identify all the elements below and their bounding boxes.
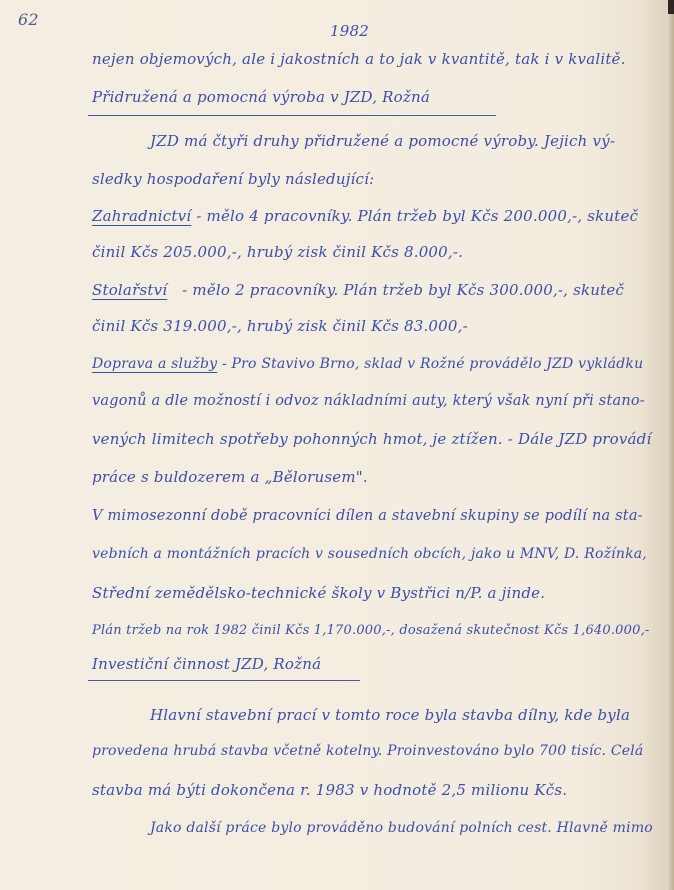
text-line: provedena hrubá stavba včetně kotelny. P…	[92, 743, 643, 759]
text-line: Hlavní stavební prací v tomto roce byla …	[150, 706, 630, 724]
text-line: V mimosezonní době pracovníci dílen a st…	[92, 508, 643, 524]
text-line: Střední zemědělsko-technické školy v Bys…	[92, 584, 545, 602]
text-line: Jako další práce bylo prováděno budování…	[150, 820, 653, 836]
text-line: vagonů a dle možností i odvoz nákladními…	[92, 393, 645, 409]
text-line: Plán tržeb na rok 1982 činil Kčs 1,170.0…	[92, 623, 650, 638]
text-line: stavba má býti dokončena r. 1983 v hodno…	[92, 781, 567, 799]
text-line: vených limitech spotřeby pohonných hmot,…	[92, 430, 651, 448]
text-line-item: Stolařství - mělo 2 pracovníky. Plán trž…	[92, 281, 624, 299]
text-line: práce s buldozerem a „Bělorusem".	[92, 468, 368, 486]
item-label: Stolařství	[92, 281, 167, 299]
page-corner	[668, 0, 674, 14]
section-heading: Přidružená a pomocná výroba v JZD, Rožná	[92, 88, 430, 106]
text-line: JZD má čtyři druhy přidružené a pomocné …	[150, 132, 615, 150]
heading-underline	[88, 680, 360, 681]
page-number: 62	[18, 10, 39, 29]
heading-underline	[88, 115, 496, 116]
text-line: činil Kčs 319.000,-, hrubý zisk činil Kč…	[92, 317, 468, 335]
item-label: Zahradnictví	[92, 207, 191, 225]
text-line: nejen objemových, ale i jakostních a to …	[92, 50, 626, 68]
text-line: činil Kčs 205.000,-, hrubý zisk činil Kč…	[92, 243, 463, 261]
section-heading: Investiční činnost JZD, Rožná	[92, 655, 321, 673]
item-text: - mělo 2 pracovníky. Plán tržeb byl Kčs …	[167, 281, 624, 299]
text-line-item: Doprava a služby - Pro Stavivo Brno, skl…	[92, 356, 643, 372]
notebook-page: 62 1982 nejen objemových, ale i jakostní…	[0, 0, 674, 890]
text-line-item: Zahradnictví - mělo 4 pracovníky. Plán t…	[92, 207, 638, 225]
page-binding-shadow	[666, 0, 674, 890]
item-text: - Pro Stavivo Brno, sklad v Rožné provád…	[217, 356, 643, 372]
year-header: 1982	[330, 22, 369, 40]
item-text: - mělo 4 pracovníky. Plán tržeb byl Kčs …	[191, 207, 638, 225]
text-line: sledky hospodaření byly následující:	[92, 170, 374, 188]
text-line: vebních a montážních pracích v sousedníc…	[92, 546, 647, 562]
item-label: Doprava a služby	[92, 356, 217, 372]
